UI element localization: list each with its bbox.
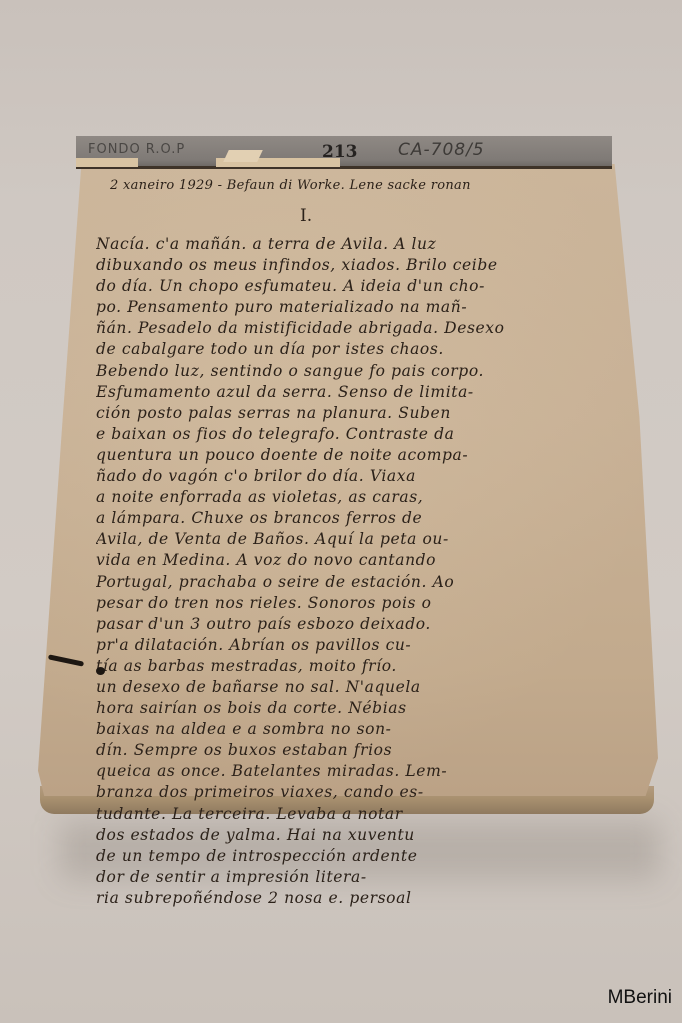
manuscript-line: pr'a dilatación. Abrían os pavillos cu- <box>96 635 652 656</box>
manuscript-line: Esfumamento azul da serra. Senso de limi… <box>96 382 652 403</box>
manuscript-line: do día. Un chopo esfumateu. A ideia d'un… <box>96 276 652 297</box>
archive-fond-label: FONDO R.O.P <box>88 142 185 157</box>
manuscript-line: branza dos primeiros viaxes, cando es- <box>96 782 652 803</box>
manuscript-line: baixas na aldea e a sombra no son- <box>96 719 652 740</box>
manuscript-line: ria subrepoñéndose 2 nosa e. persoal <box>96 888 652 909</box>
archive-reference: CA-708/5 <box>398 140 485 160</box>
section-numeral: I. <box>300 206 312 226</box>
manuscript-line: ción posto palas serras na planura. Sube… <box>96 403 652 424</box>
manuscript-line: pasar d'un 3 outro país esbozo deixado. <box>96 614 652 635</box>
margin-ink-mark <box>48 654 84 666</box>
manuscript-line: de un tempo de introspección ardente <box>96 846 652 867</box>
manuscript-line: queica as once. Batelantes miradas. Lem- <box>96 761 652 782</box>
manuscript-line: un desexo de bañarse no sal. N'aquela <box>96 677 652 698</box>
manuscript-line: tía as barbas mestradas, moito frío. <box>96 656 652 677</box>
manuscript-line: a lámpara. Chuxe os brancos ferros de <box>96 508 652 529</box>
manuscript-line: tudante. La terceira. Levaba a notar <box>96 804 652 825</box>
manuscript-line: pesar do tren nos rieles. Sonoros pois o <box>96 593 652 614</box>
manuscript-line: Bebendo luz, sentindo o sangue fo pais c… <box>96 361 652 382</box>
manuscript-line: ñado do vagón c'o brilor do día. Viaxa <box>96 466 652 487</box>
manuscript-date-heading: 2 xaneiro 1929 - Befaun di Worke. Lene s… <box>110 178 471 193</box>
tape-fragment <box>223 150 263 162</box>
manuscript-line: dos estados de yalma. Hai na xuventu <box>96 825 652 846</box>
manuscript-line: a noite enforrada as violetas, as caras, <box>96 487 652 508</box>
manuscript-line: dor de sentir a impresión litera- <box>96 867 652 888</box>
notebook: FONDO R.O.P 213 CA-708/5 2 xaneiro 1929 … <box>38 136 658 826</box>
manuscript-line: vida en Medina. A voz do novo cantando <box>96 550 652 571</box>
manuscript-line: po. Pensamento puro materializado na mañ… <box>96 297 652 318</box>
manuscript-line: Portugal, prachaba o seire de estación. … <box>96 572 652 593</box>
manuscript-line: de cabalgare todo un día por istes chaos… <box>96 339 652 360</box>
manuscript-text: 2 xaneiro 1929 - Befaun di Worke. Lene s… <box>38 164 658 794</box>
manuscript-line: dín. Sempre os buxos estaban frios <box>96 740 652 761</box>
manuscript-lines: Nacía. c'a mañán. a terra de Avila. A lu… <box>96 234 652 909</box>
ink-blot <box>96 667 105 675</box>
manuscript-line: hora sairían os bois da corte. Nébias <box>96 698 652 719</box>
manuscript-line: ñán. Pesadelo da mistificidade abrigada.… <box>96 318 652 339</box>
photographer-watermark: MBerini <box>608 987 672 1009</box>
manuscript-line: e baixan os fios do telegrafo. Contraste… <box>96 424 652 445</box>
manuscript-line: dibuxando os meus infindos, xiados. Bril… <box>96 255 652 276</box>
manuscript-line: quentura un pouco doente de noite acompa… <box>96 445 652 466</box>
manuscript-line: Avila, de Venta de Baños. Aquí la peta o… <box>96 529 652 550</box>
manuscript-line: Nacía. c'a mañán. a terra de Avila. A lu… <box>96 234 652 255</box>
archive-number: 213 <box>322 142 358 162</box>
